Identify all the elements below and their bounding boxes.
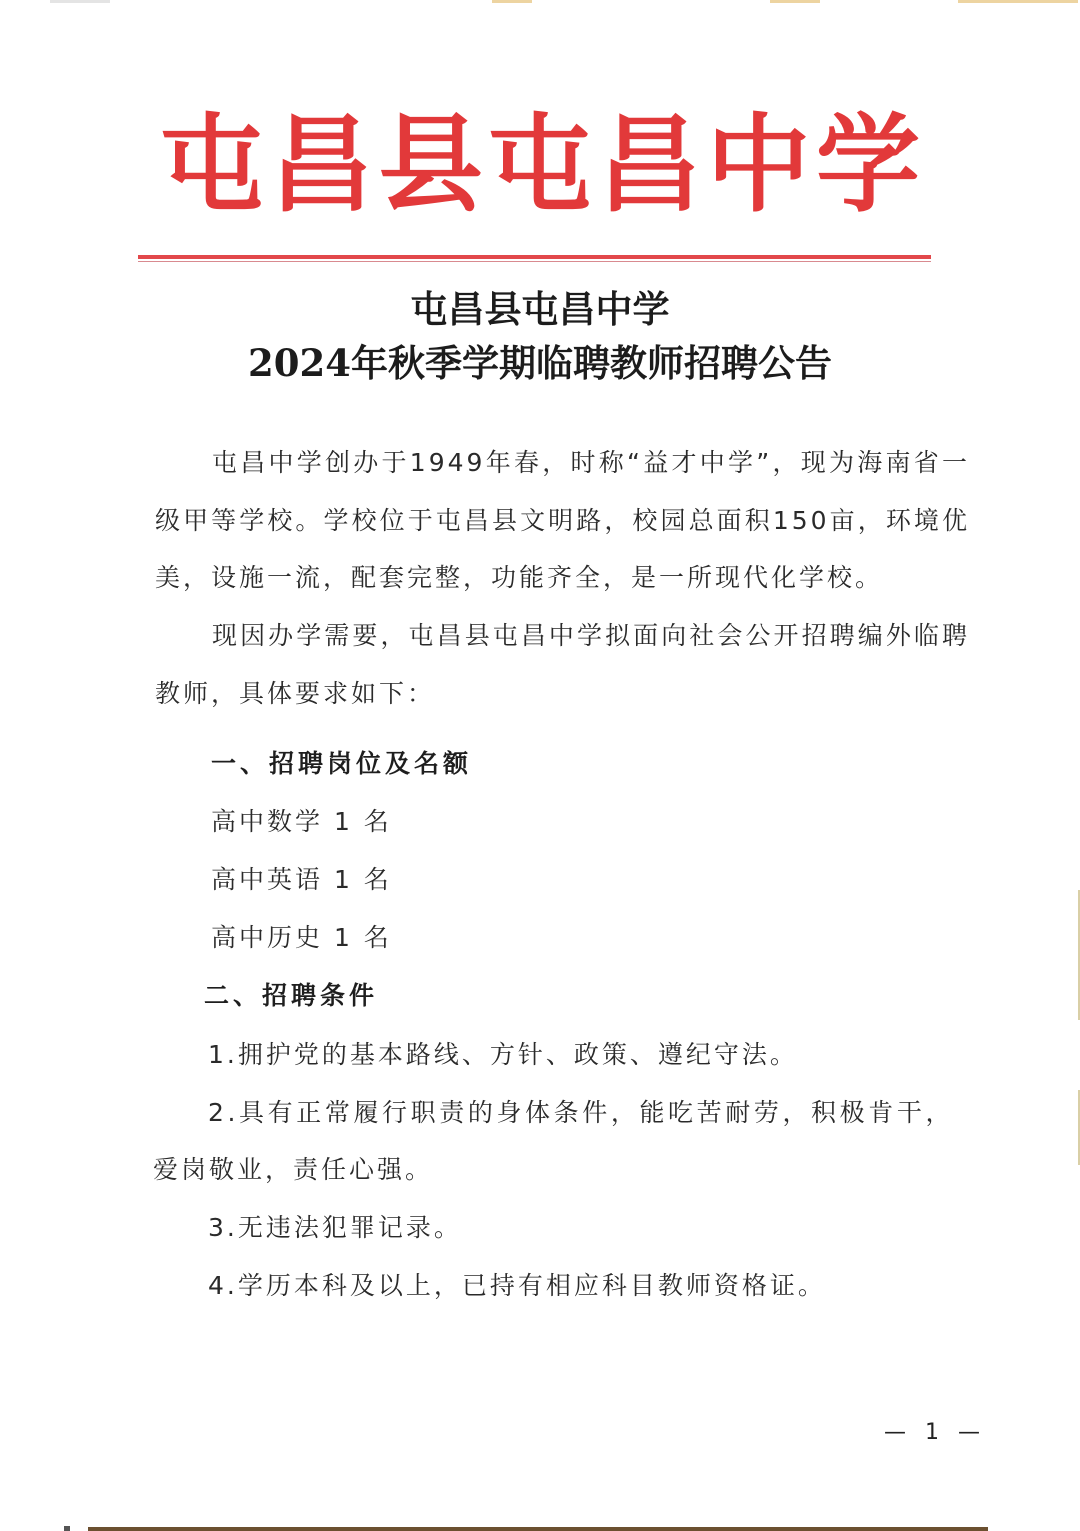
position-item: 高中历史 1 名 [211,918,392,958]
masthead-char: 昌 [269,99,373,232]
scan-edge-bottom [88,1527,988,1531]
section2-heading: 二、招聘条件 [204,976,378,1016]
scan-edge-top [0,0,1080,4]
masthead-char: 屯 [488,99,592,232]
red-divider-thick [138,255,931,259]
position-item: 高中英语 1 名 [211,860,392,900]
condition-item-continued: 爱岗敬业，责任心强。 [153,1150,433,1190]
condition-item: 4.学历本科及以上，已持有相应科目教师资格证。 [208,1266,826,1306]
intro-text-2: 现因办学需要，屯昌县屯昌中学拟面向社会公开招聘编外临聘教师，具体要求如下： [155,607,970,722]
condition-item: 2.具有正常履行职责的身体条件，能吃苦耐劳，积极肯干， [208,1093,954,1133]
page-number: — 1 — [884,1420,986,1445]
red-divider-thin [138,261,931,262]
masthead-char: 县 [379,99,483,232]
masthead-char: 昌 [597,99,701,232]
intro-text-1: 屯昌中学创办于1949年春，时称“益才中学”，现为海南省一级甲等学校。学校位于屯… [155,434,970,607]
position-item: 高中数学 1 名 [211,802,392,842]
masthead-char: 中 [707,99,811,232]
intro-paragraph-2: 现因办学需要，屯昌县屯昌中学拟面向社会公开招聘编外临聘教师，具体要求如下： [155,607,970,722]
masthead-char: 学 [816,99,920,232]
masthead-char: 屯 [160,99,264,232]
section1-heading: 一、招聘岗位及名额 [211,744,472,784]
scan-mark [64,1526,70,1531]
condition-item: 3.无违法犯罪记录。 [208,1208,462,1248]
intro-paragraph-1: 屯昌中学创办于1949年春，时称“益才中学”，现为海南省一级甲等学校。学校位于屯… [155,434,970,607]
condition-item: 1.拥护党的基本路线、方针、政策、遵纪守法。 [208,1035,798,1075]
doc-title-line2: 2024年秋季学期临聘教师招聘公告 [0,333,1080,387]
doc-title-line1: 屯昌县屯昌中学 [0,279,1080,333]
masthead-school-name: 屯 昌 县 屯 昌 中 学 [160,100,920,230]
